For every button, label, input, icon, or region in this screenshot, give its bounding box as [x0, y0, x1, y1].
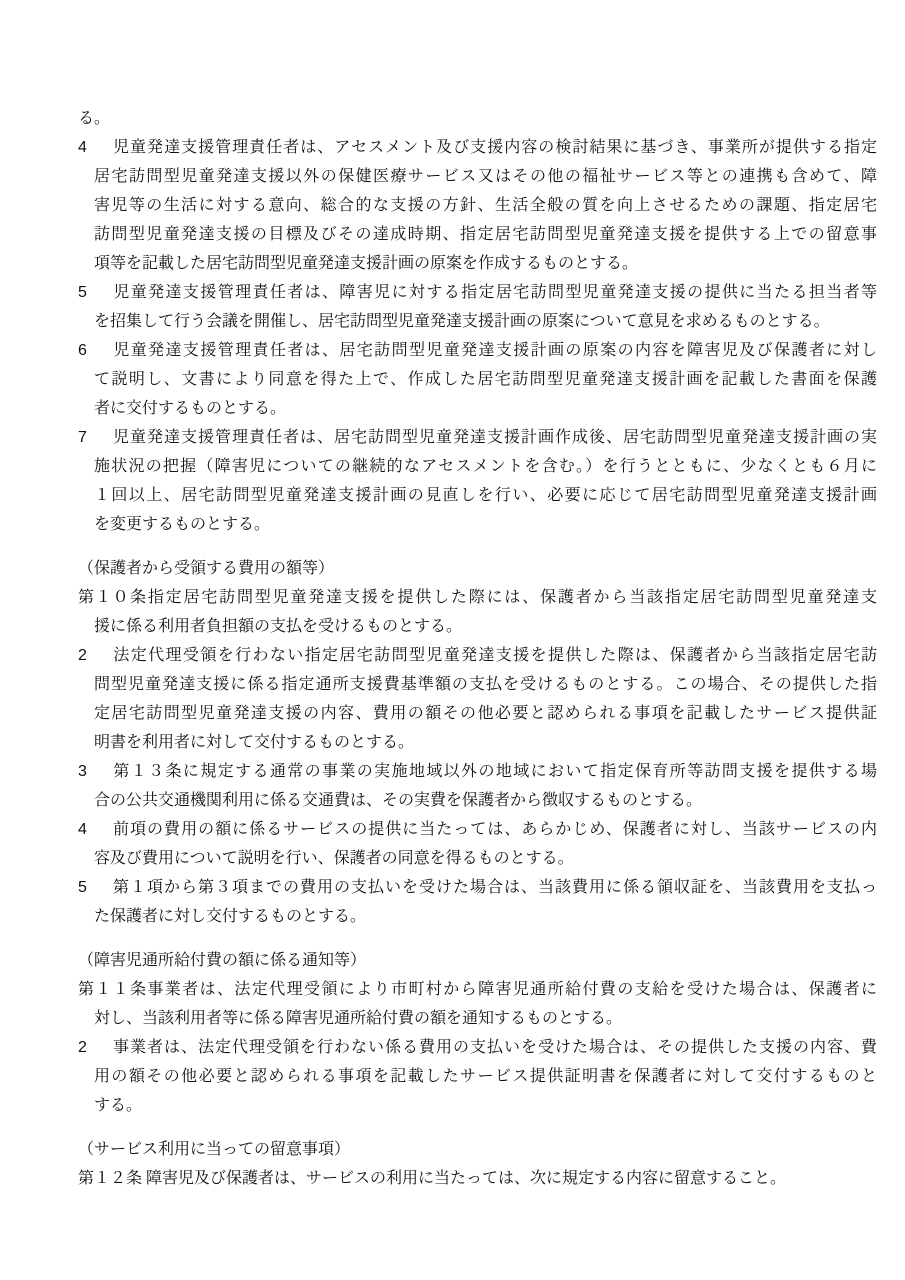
text-line: る。 — [78, 104, 877, 133]
block-item: 2事業者は、法定代理受領を行わない係る費用の支払いを受けた場合は、その提供した支… — [78, 1033, 877, 1120]
block-spacer — [78, 539, 877, 554]
block-item: 7児童発達支援管理責任者は、居宅訪問型児童発達支援計画作成後、居宅訪問型児童発達… — [78, 423, 877, 539]
text-line: 第１２条障害児及び保護者は、サービスの利用に当たっては、次に規定する内容に留意す… — [78, 1164, 877, 1193]
text-line: 第１１条事業者は、法定代理受領により市町村から障害児通所給付費の支給を受けた場合… — [78, 975, 877, 1004]
text-line: 4前項の費用の額に係るサービスの提供に当たっては、あらかじめ、保護者に対し、当該… — [78, 815, 877, 844]
article-number: 第１１条 — [78, 975, 146, 1004]
text-line: 援に係る利用者負担額の支払を受けるものとする。 — [78, 612, 877, 641]
text-line: （保護者から受領する費用の額等） — [78, 554, 877, 583]
text-line: 2法定代理受領を行わない指定居宅訪問型児童発達支援を提供した際は、保護者から当該… — [78, 641, 877, 670]
text-line: 項等を記載した居宅訪問型児童発達支援計画の原案を作成するものとする。 — [78, 249, 877, 278]
text-line: 第１０条指定居宅訪問型児童発達支援を提供した際には、保護者から当該指定居宅訪問型… — [78, 583, 877, 612]
text-line: （サービス利用に当っての留意事項） — [78, 1135, 877, 1164]
block-item: 3第１３条に規定する通常の事業の実施地域以外の地域において指定保育所等訪問支援を… — [78, 757, 877, 815]
text-line: 問型児童発達支援に係る指定通所支援費基準額の支払を受けるものとする。この場合、そ… — [78, 670, 877, 699]
text-line: 5児童発達支援管理責任者は、障害児に対する指定居宅訪問型児童発達支援の提供に当た… — [78, 278, 877, 307]
block-article: 第１２条障害児及び保護者は、サービスの利用に当たっては、次に規定する内容に留意す… — [78, 1164, 877, 1193]
text-line: 2事業者は、法定代理受領を行わない係る費用の支払いを受けた場合は、その提供した支… — [78, 1033, 877, 1062]
text-line: た保護者に対し交付するものとする。 — [78, 902, 877, 931]
block-heading: （サービス利用に当っての留意事項） — [78, 1135, 877, 1164]
item-number: 5 — [78, 873, 112, 902]
item-number: 7 — [78, 423, 112, 452]
text-line: 訪問型児童発達支援の目標及びその達成時期、指定居宅訪問型児童発達支援を提供する上… — [78, 220, 877, 249]
block-item: 6児童発達支援管理責任者は、居宅訪問型児童発達支援計画の原案の内容を障害児及び保… — [78, 336, 877, 423]
block-item: 4前項の費用の額に係るサービスの提供に当たっては、あらかじめ、保護者に対し、当該… — [78, 815, 877, 873]
text-line: 者に交付するものとする。 — [78, 394, 877, 423]
block-spacer — [78, 931, 877, 946]
item-number: 4 — [78, 133, 112, 162]
item-number: 2 — [78, 641, 112, 670]
item-number: 2 — [78, 1033, 112, 1062]
block-heading: （障害児通所給付費の額に係る通知等） — [78, 946, 877, 975]
text-line: 施状況の把握（障害児についての継続的なアセスメントを含む。）を行うとともに、少な… — [78, 452, 877, 481]
text-line: 容及び費用について説明を行い、保護者の同意を得るものとする。 — [78, 844, 877, 873]
text-line: て説明し、文書により同意を得た上で、作成した居宅訪問型児童発達支援計画を記載した… — [78, 365, 877, 394]
text-line: 4児童発達支援管理責任者は、アセスメント及び支援内容の検討結果に基づき、事業所が… — [78, 133, 877, 162]
block-item: 4児童発達支援管理責任者は、アセスメント及び支援内容の検討結果に基づき、事業所が… — [78, 133, 877, 278]
text-line: 合の公共交通機関利用に係る交通費は、その実費を保護者から徴収するものとする。 — [78, 786, 877, 815]
block-article: 第１０条指定居宅訪問型児童発達支援を提供した際には、保護者から当該指定居宅訪問型… — [78, 583, 877, 641]
item-number: 3 — [78, 757, 112, 786]
text-line: 3第１３条に規定する通常の事業の実施地域以外の地域において指定保育所等訪問支援を… — [78, 757, 877, 786]
document-content: る。4児童発達支援管理責任者は、アセスメント及び支援内容の検討結果に基づき、事業… — [78, 104, 877, 1193]
block-article: 第１１条事業者は、法定代理受領により市町村から障害児通所給付費の支給を受けた場合… — [78, 975, 877, 1033]
block-continuation: る。 — [78, 104, 877, 133]
text-line: 用の額その他必要と認められる事項を記載したサービス提供証明書を保護者に対して交付… — [78, 1062, 877, 1091]
text-line: 対し、当該利用者等に係る障害児通所給付費の額を通知するものとする。 — [78, 1004, 877, 1033]
text-line: を変更するものとする。 — [78, 510, 877, 539]
item-number: 5 — [78, 278, 112, 307]
text-line: を招集して行う会議を開催し、居宅訪問型児童発達支援計画の原案について意見を求める… — [78, 307, 877, 336]
text-line: 居宅訪問型児童発達支援以外の保健医療サービス又はその他の福祉サービス等との連携も… — [78, 162, 877, 191]
item-number: 6 — [78, 336, 112, 365]
text-line: 定居宅訪問型児童発達支援の内容、費用の額その他必要と認められる事項を記載したサー… — [78, 699, 877, 728]
document-page: る。4児童発達支援管理責任者は、アセスメント及び支援内容の検討結果に基づき、事業… — [0, 0, 905, 1280]
article-number: 第１２条 — [78, 1164, 146, 1193]
text-line: 7児童発達支援管理責任者は、居宅訪問型児童発達支援計画作成後、居宅訪問型児童発達… — [78, 423, 877, 452]
text-line: する。 — [78, 1091, 877, 1120]
item-number: 4 — [78, 815, 112, 844]
article-number: 第１０条 — [78, 583, 146, 612]
text-line: （障害児通所給付費の額に係る通知等） — [78, 946, 877, 975]
text-line: １回以上、居宅訪問型児童発達支援計画の見直しを行い、必要に応じて居宅訪問型児童発… — [78, 481, 877, 510]
text-line: 明書を利用者に対して交付するものとする。 — [78, 728, 877, 757]
block-heading: （保護者から受領する費用の額等） — [78, 554, 877, 583]
text-line: 6児童発達支援管理責任者は、居宅訪問型児童発達支援計画の原案の内容を障害児及び保… — [78, 336, 877, 365]
block-item: 5第１項から第３項までの費用の支払いを受けた場合は、当該費用に係る領収証を、当該… — [78, 873, 877, 931]
block-spacer — [78, 1120, 877, 1135]
block-item: 5児童発達支援管理責任者は、障害児に対する指定居宅訪問型児童発達支援の提供に当た… — [78, 278, 877, 336]
text-line: 害児等の生活に対する意向、総合的な支援の方針、生活全般の質を向上させるための課題… — [78, 191, 877, 220]
block-item: 2法定代理受領を行わない指定居宅訪問型児童発達支援を提供した際は、保護者から当該… — [78, 641, 877, 757]
text-line: 5第１項から第３項までの費用の支払いを受けた場合は、当該費用に係る領収証を、当該… — [78, 873, 877, 902]
